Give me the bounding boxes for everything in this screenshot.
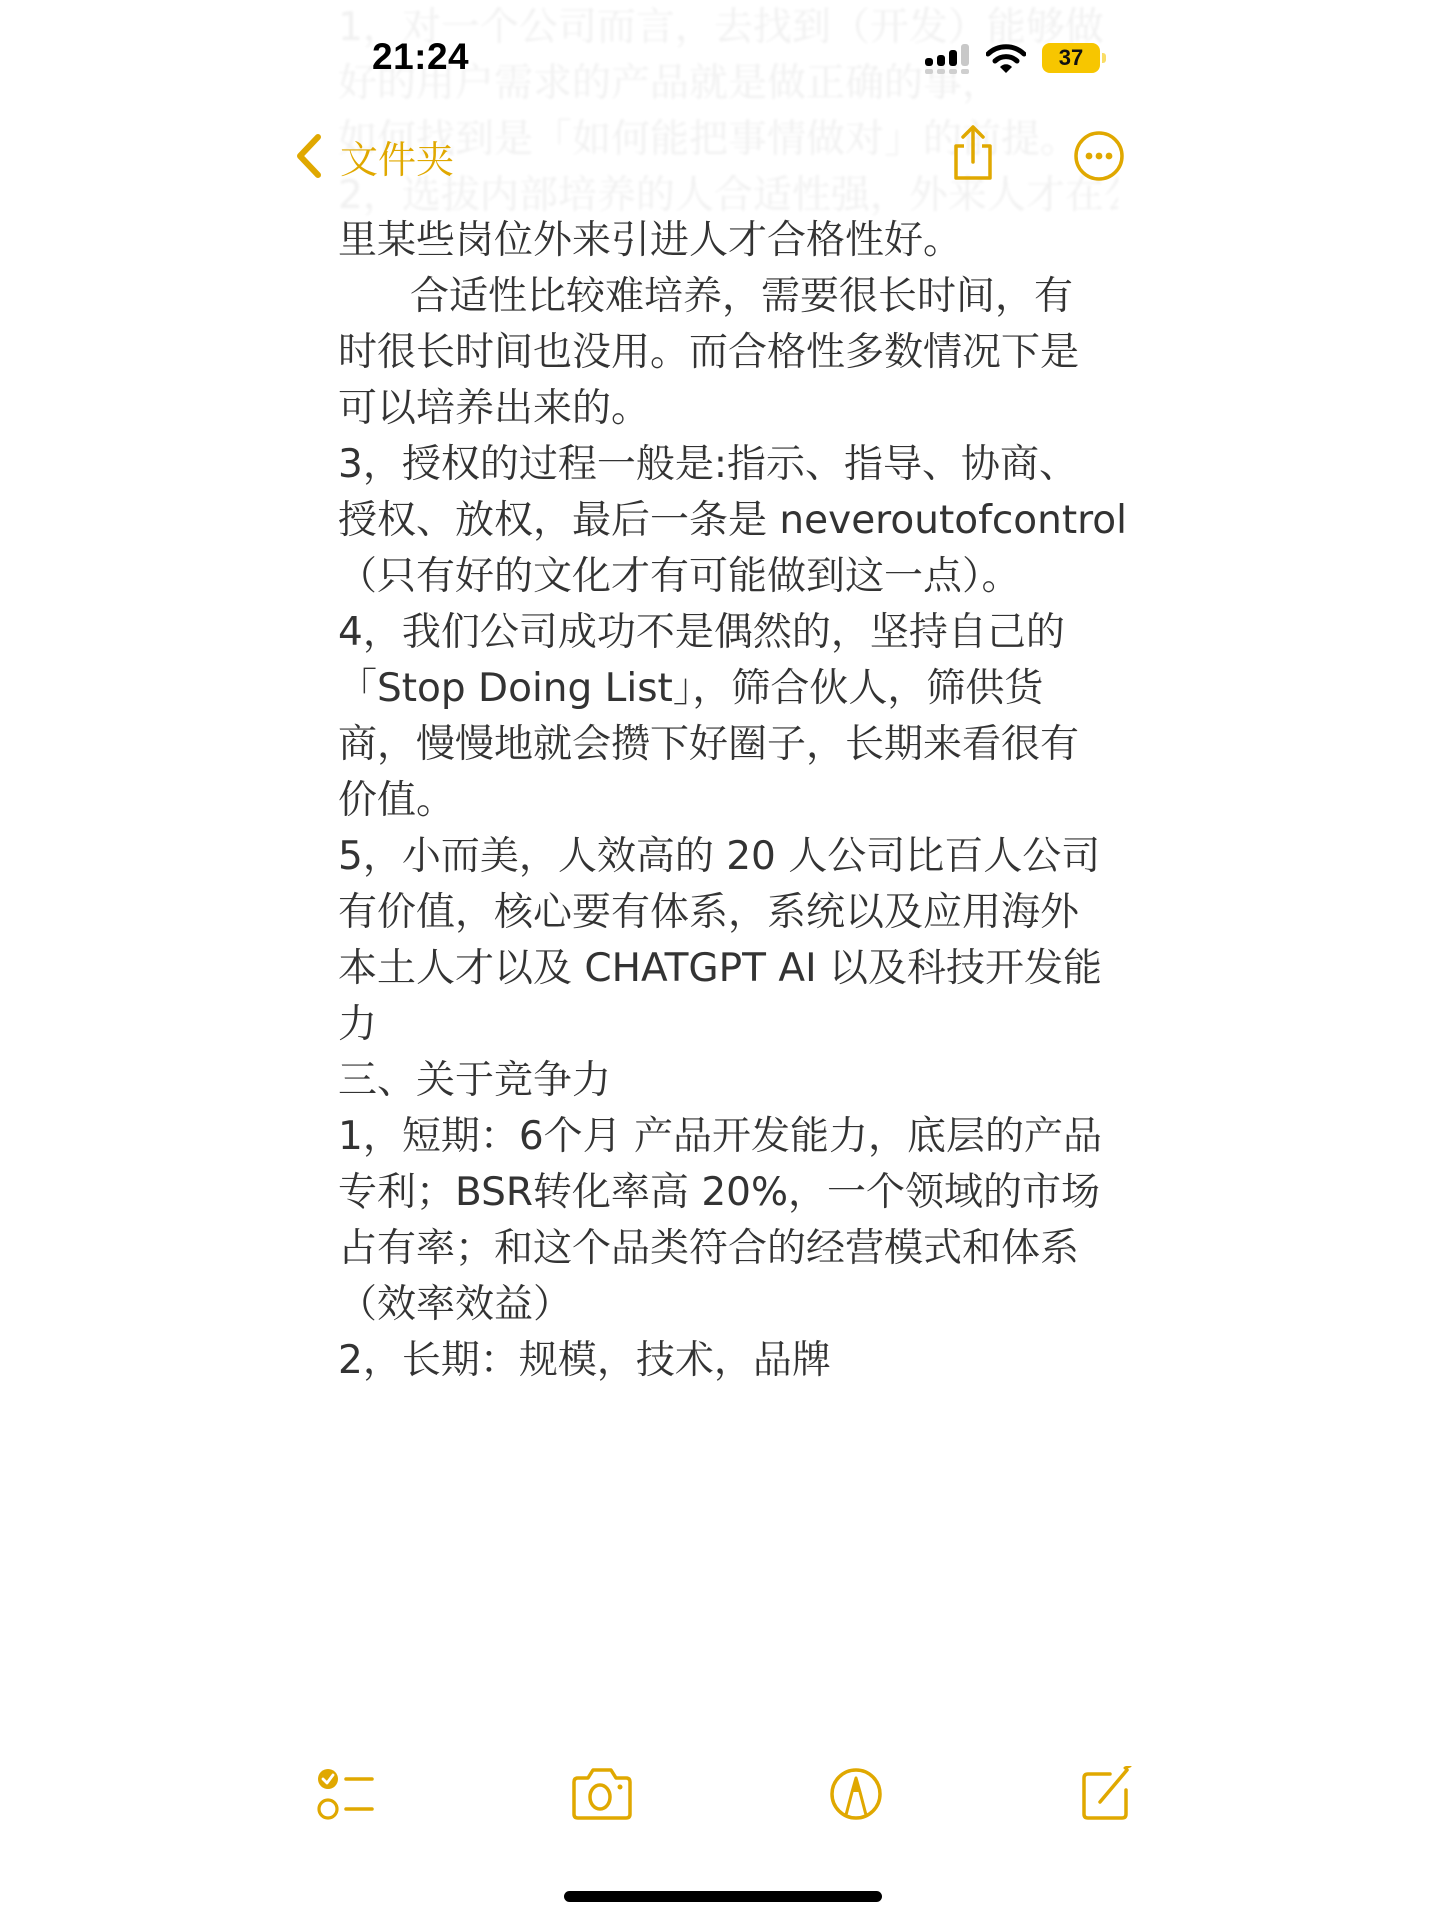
note-body[interactable]: 里某些岗位外来引进人才合格性好。 合适性比较难培养，需要很长时间，有 时很长时间… <box>338 213 1128 1389</box>
share-icon[interactable] <box>950 124 996 182</box>
note-line: 4，我们公司成功不是偶然的，坚持自己的 <box>338 605 1128 661</box>
section-heading: 三、关于竞争力 <box>338 1053 1128 1109</box>
note-line: 有价值，核心要有体系，系统以及应用海外 <box>338 885 1128 941</box>
note-line: 1，短期：6个月 产品开发能力，底层的产品 <box>338 1109 1128 1165</box>
note-line: （效率效益） <box>338 1277 1128 1333</box>
note-line: 合适性比较难培养，需要很长时间，有 <box>338 269 1128 325</box>
chevron-left-icon <box>292 133 324 179</box>
camera-icon[interactable] <box>570 1766 634 1822</box>
note-line: 授权、放权，最后一条是 neveroutofcontrol <box>338 493 1128 549</box>
note-line: 2，长期：规模，技术，品牌 <box>338 1333 1128 1389</box>
note-line: 里某些岗位外来引进人才合格性好。 <box>338 213 1128 269</box>
note-line: 商，慢慢地就会攒下好圈子，长期来看很有 <box>338 717 1128 773</box>
note-line: 时很长时间也没用。而合格性多数情况下是 <box>338 325 1128 381</box>
note-line: 5，小而美，人效高的 20 人公司比百人公司 <box>338 829 1128 885</box>
home-indicator[interactable] <box>564 1891 882 1902</box>
markup-pen-icon[interactable] <box>828 1766 884 1822</box>
checklist-icon[interactable] <box>316 1766 376 1822</box>
back-label: 文件夹 <box>340 129 454 184</box>
battery-indicator: 37 <box>1042 43 1100 73</box>
bottom-toolbar <box>0 1760 1440 1830</box>
cellular-signal-icon <box>925 44 971 74</box>
note-line: 价值。 <box>338 773 1128 829</box>
note-line: 本土人才以及 CHATGPT AI 以及科技开发能 <box>338 941 1128 997</box>
compose-icon[interactable] <box>1080 1766 1132 1822</box>
back-to-folders-button[interactable]: 文件夹 <box>292 128 454 184</box>
note-line: 力 <box>338 997 1128 1053</box>
note-line: （只有好的文化才有可能做到这一点）。 <box>338 549 1128 605</box>
status-bar: 21:24 37 <box>0 0 1440 110</box>
note-line: 「Stop Doing List」，筛合伙人，筛供货 <box>338 661 1128 717</box>
battery-tip <box>1102 53 1106 63</box>
more-ellipsis-icon[interactable] <box>1073 130 1125 182</box>
status-time: 21:24 <box>372 36 469 78</box>
note-line: 占有率；和这个品类符合的经营模式和体系 <box>338 1221 1128 1277</box>
wifi-icon <box>986 44 1026 74</box>
note-line: 专利；BSR转化率高 20%，一个领域的市场 <box>338 1165 1128 1221</box>
note-line: 可以培养出来的。 <box>338 381 1128 437</box>
notes-screen: 1，对一个公司而言，去找到（开发）能够做 好的用户需求的产品就是做正确的事， 如… <box>0 0 1440 1920</box>
note-line: 3，授权的过程一般是:指示、指导、协商、 <box>338 437 1128 493</box>
navigation-bar: 文件夹 <box>0 118 1440 198</box>
